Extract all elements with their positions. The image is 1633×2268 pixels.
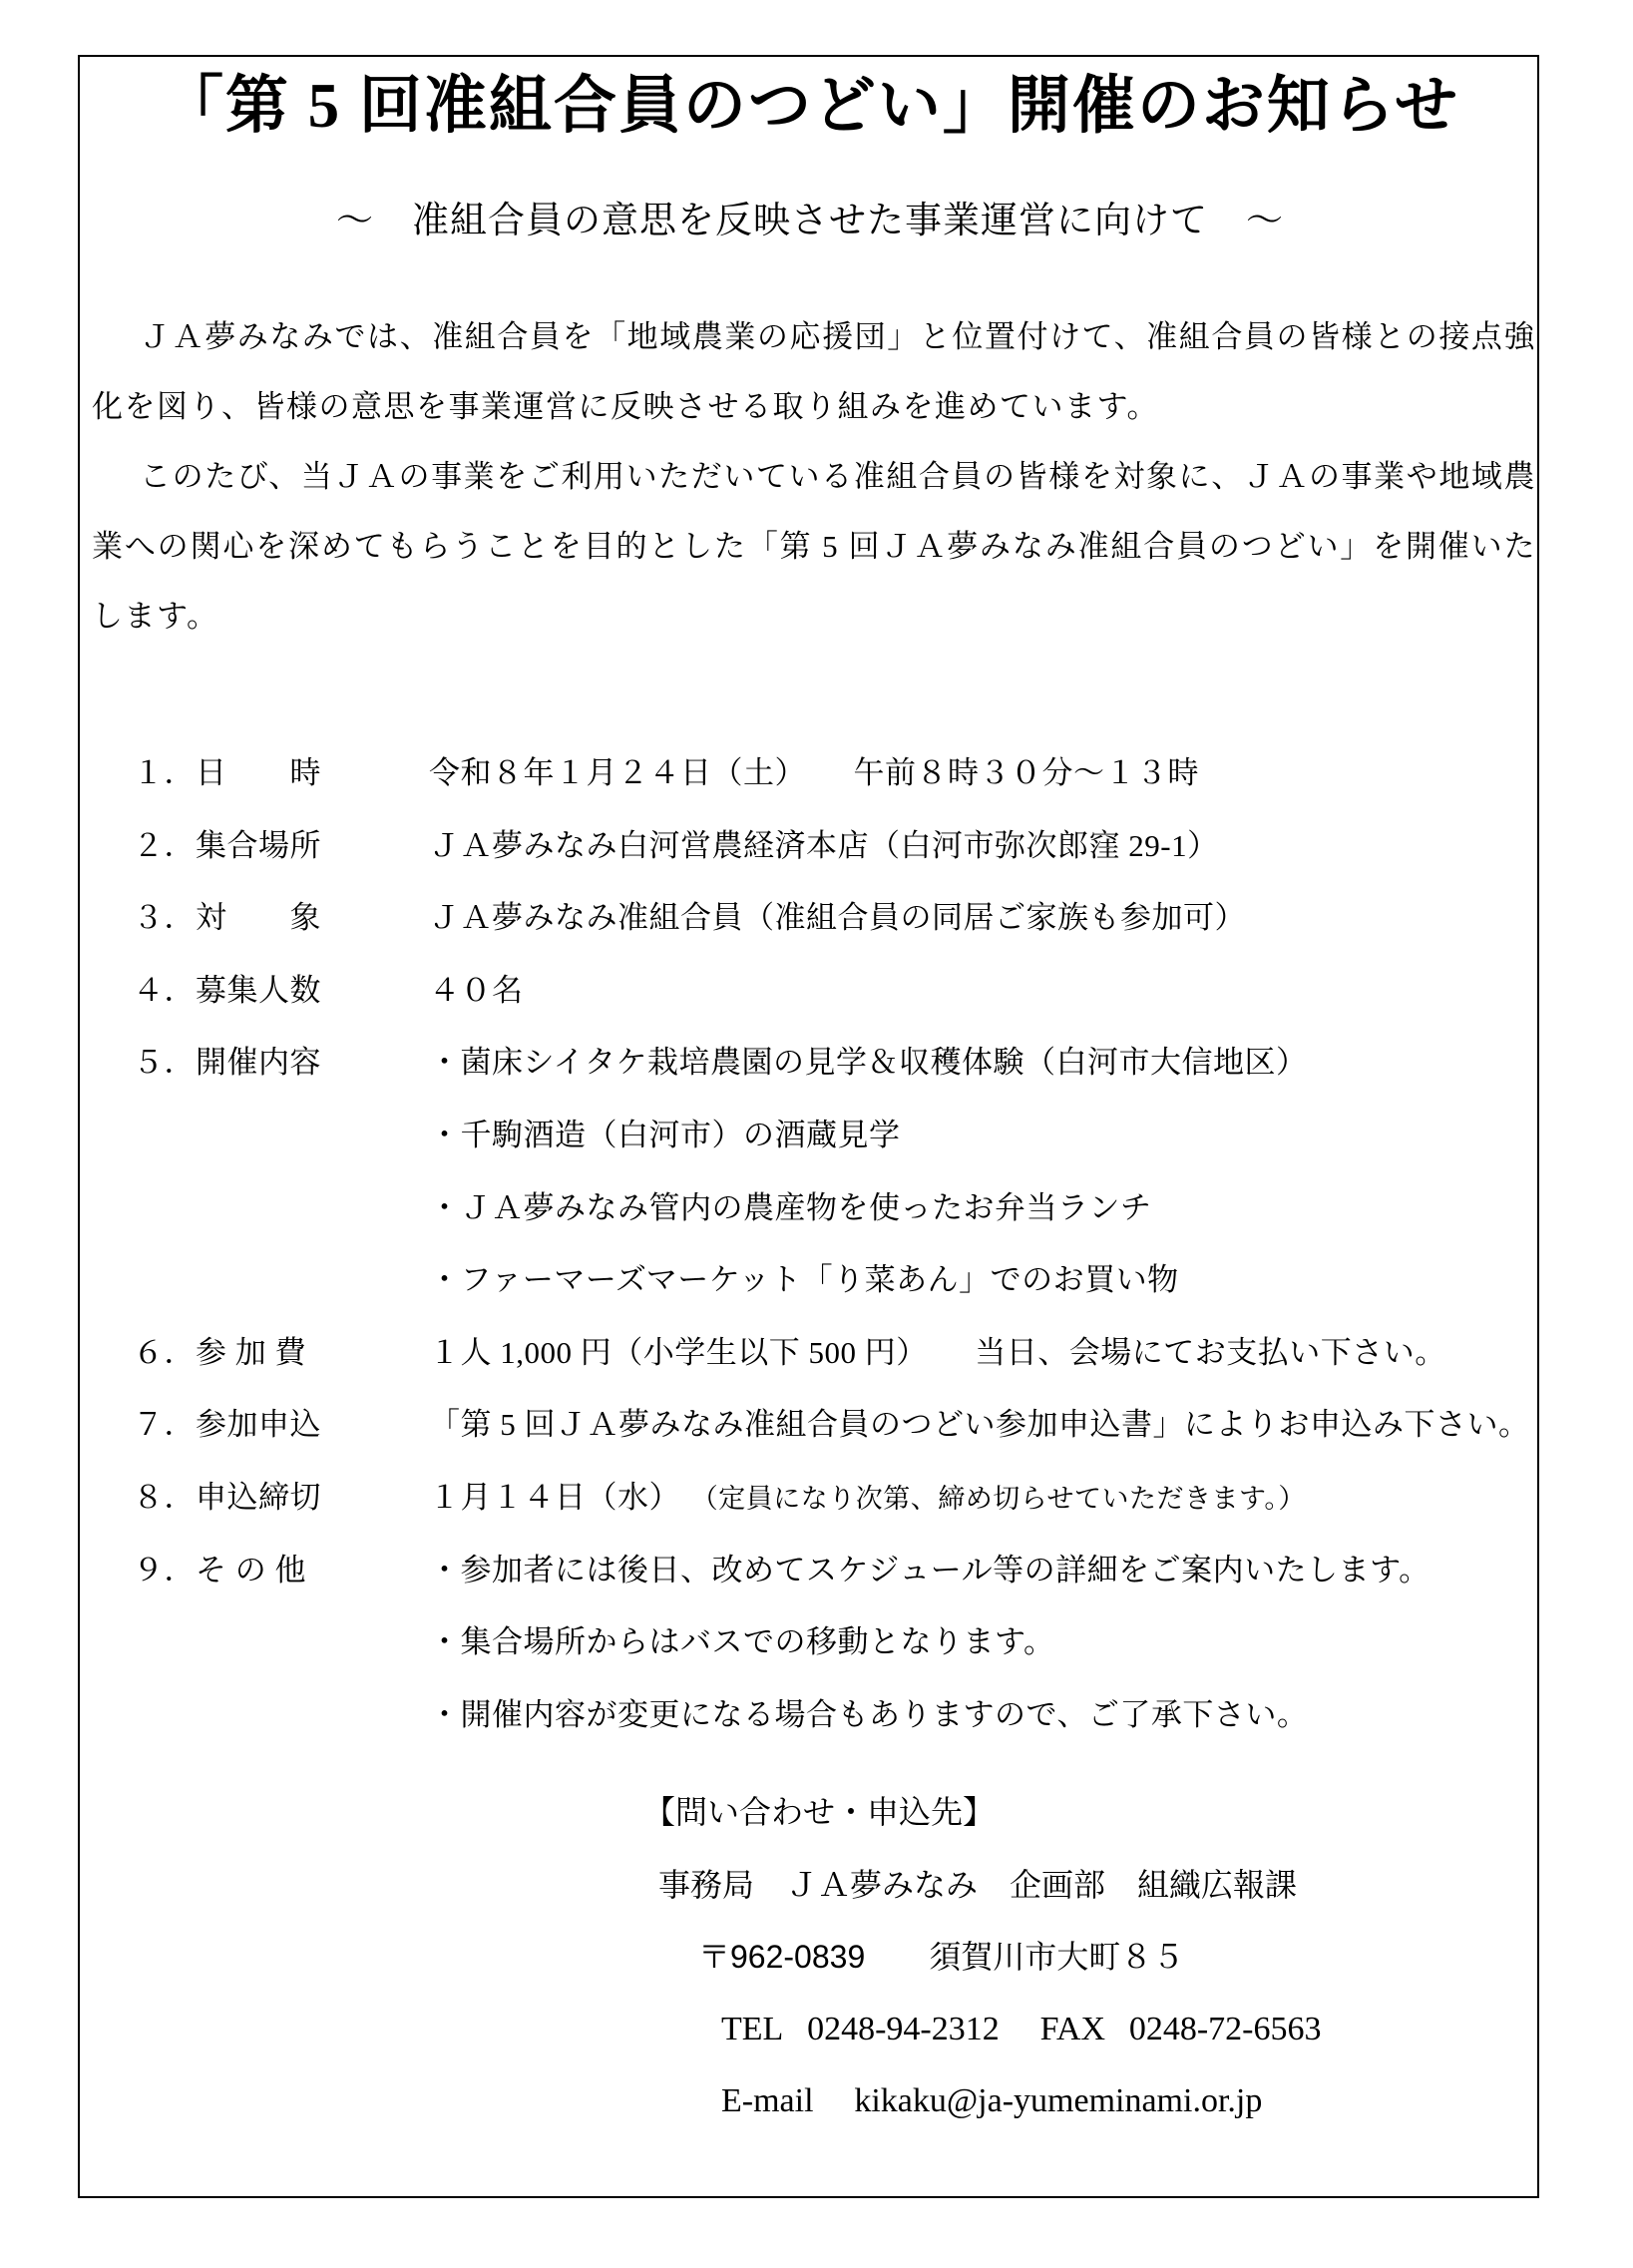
detail-label: ３．対 象	[133, 882, 429, 955]
fax-number: 0248-72-6563	[1129, 2011, 1322, 2047]
detail-row-program: ５．開催内容 ・菌床シイタケ栽培農園の見学＆収穫体験（白河市大信地区）	[133, 1027, 1541, 1100]
detail-label	[133, 1100, 429, 1172]
detail-label: ２．集合場所	[133, 810, 429, 883]
detail-value: ・千駒酒造（白河市）の酒蔵見学	[429, 1100, 1541, 1172]
details-list: １．日 時 令和８年１月２４日（土） 午前８時３０分～１３時 ２．集合場所 ＪＡ…	[133, 737, 1541, 1751]
detail-row-other-item: ・集合場所からはバスでの移動となります。	[133, 1606, 1541, 1679]
fax-label: FAX	[1040, 2011, 1106, 2047]
contact-section: 【問い合わせ・申込先】 事務局 ＪＡ夢みなみ 企画部 組織広報課 〒962-08…	[0, 1776, 1633, 2138]
tel-number: 0248-94-2312	[807, 2011, 1000, 2047]
detail-value: ＪＡ夢みなみ准組合員（准組合員の同居ご家族も参加可）	[429, 882, 1541, 955]
contact-office: 事務局 ＪＡ夢みなみ 企画部 組織広報課	[658, 1849, 1633, 1922]
detail-row-program-item: ・ＪＡ夢みなみ管内の農産物を使ったお弁当ランチ	[133, 1172, 1541, 1245]
detail-label	[133, 1244, 429, 1317]
contact-heading: 【問い合わせ・申込先】	[643, 1776, 1633, 1849]
detail-value: ・菌床シイタケ栽培農園の見学＆収穫体験（白河市大信地区）	[429, 1027, 1541, 1100]
intro-section: ＪＡ夢みなみでは、准組合員を「地域農業の応援団」と位置付けて、准組合員の皆様との…	[92, 302, 1536, 652]
detail-label: ４．募集人数	[133, 955, 429, 1028]
page-subtitle: ～ 准組合員の意思を反映させた事業運営に向けて ～	[79, 190, 1541, 243]
detail-row-datetime: １．日 時 令和８年１月２４日（土） 午前８時３０分～１３時	[133, 737, 1541, 810]
deadline-date: １月１４日（水）	[429, 1480, 680, 1515]
detail-label: ７．参加申込	[133, 1389, 429, 1462]
intro-paragraph-2: このたび、当ＪＡの事業をご利用いただいている准組合員の皆様を対象に、ＪＡの事業や…	[92, 442, 1536, 652]
detail-value: １月１４日（水）（定員になり次第、締め切らせていただきます。）	[429, 1462, 1541, 1535]
deadline-note: （定員になり次第、締め切らせていただきます。）	[704, 1484, 1306, 1514]
detail-row-deadline: ８．申込締切 １月１４日（水）（定員になり次第、締め切らせていただきます。）	[133, 1462, 1541, 1535]
detail-row-other: ９．そ の 他 ・参加者には後日、改めてスケジュール等の詳細をご案内いたします。	[133, 1535, 1541, 1607]
detail-value: 「第 5 回ＪＡ夢みなみ准組合員のつどい参加申込書」によりお申込み下さい。	[429, 1389, 1541, 1462]
contact-email-line: E-mailkikaku@ja-yumeminami.or.jp	[721, 2065, 1633, 2138]
tel-label: TEL	[721, 2011, 783, 2047]
detail-value: 令和８年１月２４日（土） 午前８時３０分～１３時	[429, 737, 1541, 810]
detail-label: ８．申込締切	[133, 1462, 429, 1535]
document-page: 「第 5 回准組合員のつどい」開催のお知らせ ～ 准組合員の意思を反映させた事業…	[0, 0, 1633, 2268]
detail-row-program-item: ・千駒酒造（白河市）の酒蔵見学	[133, 1100, 1541, 1172]
detail-label: ５．開催内容	[133, 1027, 429, 1100]
detail-label	[133, 1606, 429, 1679]
detail-value: ・ファーマーズマーケット「り菜あん」でのお買い物	[429, 1244, 1541, 1317]
detail-value: ・ＪＡ夢みなみ管内の農産物を使ったお弁当ランチ	[429, 1172, 1541, 1245]
detail-value: ＪＡ夢みなみ白河営農経済本店（白河市弥次郎窪 29-1）	[429, 810, 1541, 883]
detail-value: ・参加者には後日、改めてスケジュール等の詳細をご案内いたします。	[429, 1535, 1541, 1607]
contact-tel-fax: TEL0248-94-2312FAX0248-72-6563	[721, 1994, 1633, 2066]
page-title: 「第 5 回准組合員のつどい」開催のお知らせ	[79, 64, 1541, 149]
detail-row-program-item: ・ファーマーズマーケット「り菜あん」でのお買い物	[133, 1244, 1541, 1317]
detail-label	[133, 1172, 429, 1245]
detail-row-meeting-place: ２．集合場所 ＪＡ夢みなみ白河営農経済本店（白河市弥次郎窪 29-1）	[133, 810, 1541, 883]
detail-label: ９．そ の 他	[133, 1535, 429, 1607]
detail-row-eligibility: ３．対 象 ＪＡ夢みなみ准組合員（准組合員の同居ご家族も参加可）	[133, 882, 1541, 955]
email-label: E-mail	[721, 2082, 814, 2119]
email-address: kikaku@ja-yumeminami.or.jp	[854, 2082, 1262, 2119]
detail-label: １．日 時	[133, 737, 429, 810]
detail-value: ・集合場所からはバスでの移動となります。	[429, 1606, 1541, 1679]
detail-row-other-item: ・開催内容が変更になる場合もありますので、ご了承下さい。	[133, 1679, 1541, 1752]
detail-value: １人 1,000 円（小学生以下 500 円） 当日、会場にてお支払い下さい。	[429, 1317, 1541, 1390]
intro-paragraph-1: ＪＡ夢みなみでは、准組合員を「地域農業の応援団」と位置付けて、准組合員の皆様との…	[92, 302, 1536, 442]
detail-value: ４０名	[429, 955, 1541, 1028]
detail-label: ６．参 加 費	[133, 1317, 429, 1390]
detail-value: ・開催内容が変更になる場合もありますので、ご了承下さい。	[429, 1679, 1541, 1752]
detail-row-capacity: ４．募集人数 ４０名	[133, 955, 1541, 1028]
detail-label	[133, 1679, 429, 1752]
contact-postal-address: 〒962-0839 須賀川市大町８５	[698, 1921, 1633, 1994]
detail-row-fee: ６．参 加 費 １人 1,000 円（小学生以下 500 円） 当日、会場にてお…	[133, 1317, 1541, 1390]
detail-row-application: ７．参加申込 「第 5 回ＪＡ夢みなみ准組合員のつどい参加申込書」によりお申込み…	[133, 1389, 1541, 1462]
